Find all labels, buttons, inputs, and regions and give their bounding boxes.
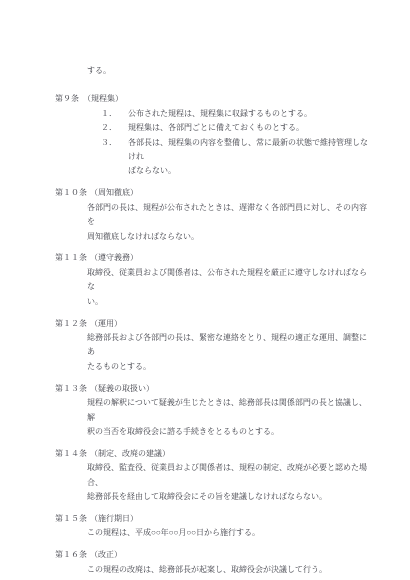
article-number: 第１２条 [55, 317, 87, 331]
article-title: （遵守義務） [90, 251, 138, 265]
document-page: する。 第９条 （規程集） １． 公布された規程は、規程集に収録するものとする。… [0, 0, 410, 580]
item-text: 各部長は、規程集の内容を整備し、常に最新の状態で維持管理しなけれ ばならない。 [128, 136, 372, 179]
article-title: （施行期日） [90, 512, 138, 526]
article-heading: 第１３条 （疑義の取扱い） [55, 382, 372, 396]
article-title: （疑義の取扱い） [90, 382, 154, 396]
article-body: この規程は、平成○○年○○月○○日から施行する。 [87, 526, 372, 540]
list-item: １． 公布された規程は、規程集に収録するものとする。 [101, 107, 372, 121]
article-number: 第１６条 [55, 548, 87, 562]
article-title: （運用） [90, 317, 122, 331]
article-heading: 第１２条 （運用） [55, 317, 372, 331]
article-10: 第１０条 （周知徹底） 各部門の長は、規程が公布されたときは、遅滞なく各部門員に… [55, 186, 372, 244]
item-text: 公布された規程は、規程集に収録するものとする。 [128, 107, 312, 121]
article-number: 第１４条 [55, 447, 87, 461]
continuation-text: する。 [87, 64, 372, 78]
article-14: 第１４条 （制定、改廃の建議） 取締役、監査役、従業員および関係者は、規程の制定… [55, 447, 372, 505]
article-16: 第１６条 （改正） この規程の改廃は、総務部長が起案し、取締役会が決議して行う。 [55, 548, 372, 577]
article-body: 取締役、従業員および関係者は、公布された規程を厳正に遵守しなければならな い。 [87, 266, 372, 309]
article-body: 規程の解釈について疑義が生じたときは、総務部長は関係部門の長と協議し、解 釈の当… [87, 396, 372, 439]
list-item: ３． 各部長は、規程集の内容を整備し、常に最新の状態で維持管理しなけれ ばならな… [101, 136, 372, 179]
article-15: 第１５条 （施行期日） この規程は、平成○○年○○月○○日から施行する。 [55, 512, 372, 541]
article-title: （制定、改廃の建議） [90, 447, 170, 461]
article-number: 第１３条 [55, 382, 87, 396]
article-title: （改正） [90, 548, 122, 562]
article-heading: 第１１条 （遵守義務） [55, 251, 372, 265]
article-body: 各部門の長は、規程が公布されたときは、遅滞なく各部門員に対し、その内容を 周知徹… [87, 201, 372, 244]
article-13: 第１３条 （疑義の取扱い） 規程の解釈について疑義が生じたときは、総務部長は関係… [55, 382, 372, 440]
article-number: 第１１条 [55, 251, 87, 265]
article-heading: 第１０条 （周知徹底） [55, 186, 372, 200]
article-body: 取締役、監査役、従業員および関係者は、規程の制定、改廃が必要と認めた場合、 総務… [87, 461, 372, 504]
item-text: 規程集は、各部門ごとに備えておくものとする。 [128, 121, 304, 135]
article-number: 第１０条 [55, 186, 87, 200]
item-number: １． [101, 107, 128, 121]
article-body: この規程の改廃は、総務部長が起案し、取締役会が決議して行う。 [87, 563, 372, 577]
article-heading: 第１４条 （制定、改廃の建議） [55, 447, 372, 461]
article-9: 第９条 （規程集） １． 公布された規程は、規程集に収録するものとする。 ２． … [55, 92, 372, 178]
article-title: （周知徹底） [90, 186, 138, 200]
article-body: 総務部長および各部門の長は、緊密な連絡をとり、規程の適正な運用、調整にあ たるも… [87, 331, 372, 374]
article-heading: 第１５条 （施行期日） [55, 512, 372, 526]
article-title: （規程集） [83, 92, 123, 106]
article-12: 第１２条 （運用） 総務部長および各部門の長は、緊密な連絡をとり、規程の適正な運… [55, 317, 372, 375]
article-item-list: １． 公布された規程は、規程集に収録するものとする。 ２． 規程集は、各部門ごと… [101, 107, 372, 179]
item-number: ２． [101, 121, 128, 135]
article-heading: 第９条 （規程集） [55, 92, 372, 106]
article-number: 第１５条 [55, 512, 87, 526]
list-item: ２． 規程集は、各部門ごとに備えておくものとする。 [101, 121, 372, 135]
article-heading: 第１６条 （改正） [55, 548, 372, 562]
article-11: 第１１条 （遵守義務） 取締役、従業員および関係者は、公布された規程を厳正に遵守… [55, 251, 372, 309]
article-number: 第９条 [55, 92, 80, 106]
item-number: ３． [101, 136, 128, 179]
